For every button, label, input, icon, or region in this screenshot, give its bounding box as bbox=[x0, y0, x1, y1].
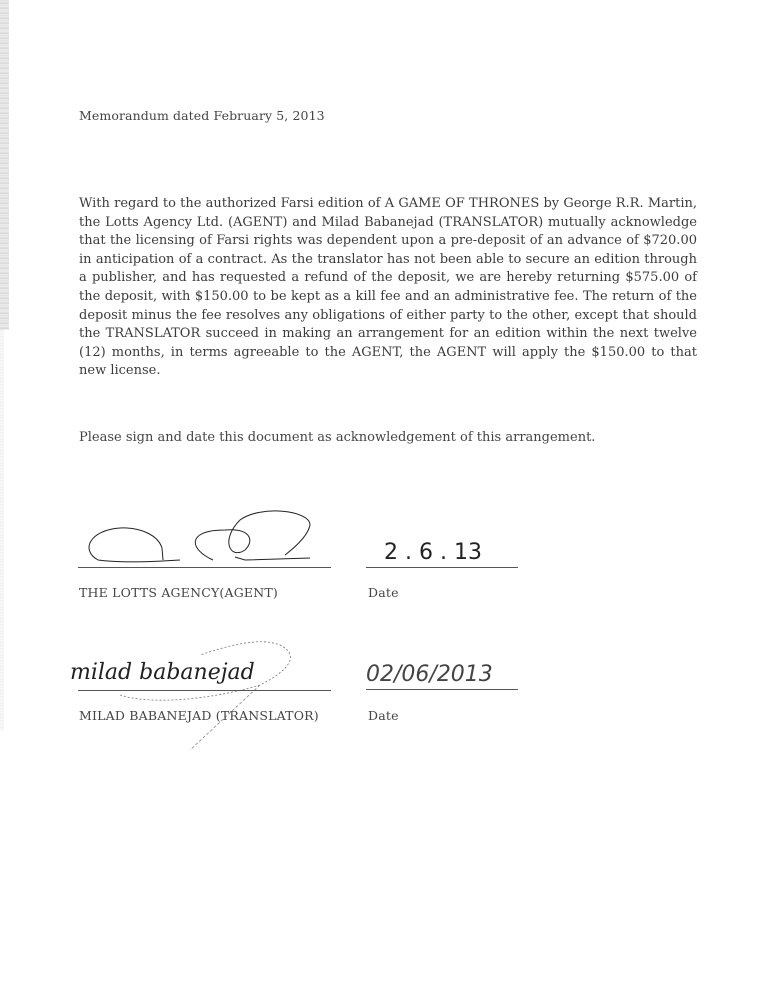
memo-title: Memorandum dated February 5, 2013 bbox=[79, 108, 325, 123]
scan-edge-artifact bbox=[0, 330, 4, 730]
translator-date-line bbox=[366, 689, 518, 690]
agent-date-line bbox=[366, 567, 518, 568]
translator-date-handwritten: 02/06/2013 bbox=[366, 662, 493, 687]
agent-signature-line bbox=[78, 567, 331, 568]
agent-date-label: Date bbox=[368, 585, 399, 600]
memo-body: With regard to the authorized Farsi edit… bbox=[79, 195, 697, 381]
sign-instruction: Please sign and date this document as ac… bbox=[79, 430, 595, 445]
translator-label: MILAD BABANEJAD (TRANSLATOR) bbox=[79, 708, 319, 723]
agent-signature bbox=[80, 500, 320, 570]
translator-date-label: Date bbox=[368, 708, 399, 723]
agent-date-handwritten: 2 . 6 . 13 bbox=[384, 540, 482, 565]
translator-signature: milad babanejad bbox=[70, 660, 255, 685]
agent-label: THE LOTTS AGENCY(AGENT) bbox=[79, 585, 278, 600]
scan-edge-artifact bbox=[0, 0, 9, 330]
translator-signature-line bbox=[78, 690, 331, 691]
